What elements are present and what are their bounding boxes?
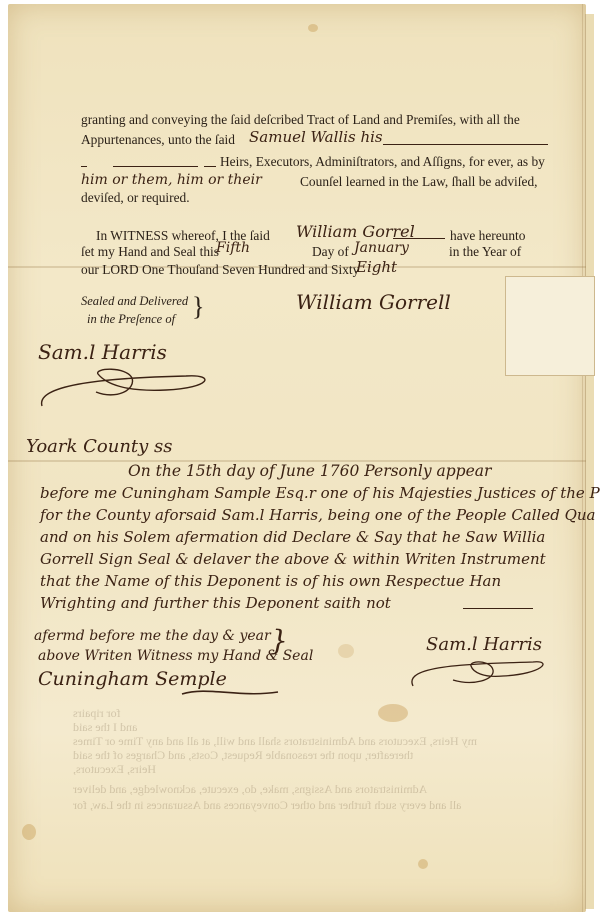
affirmation-line: and on his Solem afermation did Declare … (40, 528, 545, 546)
signature-flourish (403, 656, 553, 692)
brace-glyph: } (270, 626, 288, 656)
sealed-delivered-label: Sealed and Delivered (81, 294, 188, 309)
line-filler (463, 608, 533, 609)
deponent-signature: Sam.l Harris (426, 634, 542, 655)
stain (378, 704, 408, 722)
stain (338, 644, 354, 658)
year-handwritten: Eight (356, 258, 397, 276)
affirmation-line: before me Cuningham Sample Esq.r one of … (40, 484, 600, 502)
affirmation-line: Gorrell Sign Seal & delaver the above & … (40, 550, 546, 568)
bleed-through-text: for ripairs (73, 706, 121, 721)
bleed-through-text: my Heirs, Executors and Administrators s… (73, 734, 477, 749)
bleed-through-text: and I the said (73, 720, 137, 735)
blank-rule (204, 166, 216, 167)
stain (308, 24, 318, 32)
deed-text-line: Appurtenances, unto the ſaid (81, 132, 235, 148)
grantee-name-handwritten: Samuel Wallis his (249, 128, 383, 146)
affirmation-line: On the 15th day of June 1760 Personly ap… (128, 462, 491, 480)
blank-rule (383, 144, 548, 145)
day-handwritten: Fifth (216, 240, 250, 256)
lord-year-line: our LORD One Thouſand Seven Hundred and … (81, 262, 359, 278)
affirmation-line: for the County aforsaid Sam.l Harris, be… (40, 506, 596, 524)
signature-flourish (36, 366, 216, 411)
deed-text-line: Heirs, Executors, Adminiſtrators, and Aſ… (220, 154, 545, 170)
grantor-signature: William Gorrell (296, 290, 451, 314)
fold-line (582, 4, 583, 912)
blank-rule (393, 238, 445, 239)
deed-text-line: Counſel learned in the Law, ſhall be adv… (300, 174, 537, 190)
affirmation-heading: Yoark County ss (26, 436, 173, 457)
stain (418, 859, 428, 869)
heirs-handwritten: him or them, him or their (81, 172, 262, 188)
stain (22, 824, 36, 840)
blank-rule (81, 166, 87, 167)
seal-line: in the Year of (449, 244, 521, 260)
brace-glyph: } (192, 294, 204, 320)
affirmation-line: that the Name of this Deponent is of his… (40, 572, 501, 590)
bleed-through-text: Administrators and Assigns, make, do, ex… (73, 782, 427, 797)
page-edge (585, 14, 594, 909)
deed-text-line: deviſed, or required. (81, 190, 190, 206)
attestation-line: afermd before me the day & year (34, 628, 271, 644)
presence-label: in the Preſence of (87, 312, 175, 327)
blank-rule (113, 166, 198, 167)
signature-underline (178, 684, 288, 702)
bleed-through-text: thereafter, upon the reasonable Request,… (73, 748, 413, 763)
witness-line: have hereunto (450, 228, 525, 244)
month-handwritten: January (354, 240, 409, 256)
seal-line: Day of (312, 244, 349, 260)
deed-sheet: granting and conveying the ſaid deſcribe… (8, 4, 586, 912)
seal-line: ſet my Hand and Seal this (81, 244, 219, 260)
witness-signature: Sam.l Harris (38, 340, 167, 364)
deed-text-line: granting and conveying the ſaid deſcribe… (81, 112, 520, 128)
bleed-through-text: all and every such further and other Con… (73, 798, 461, 813)
blank-paper-patch (505, 276, 595, 376)
affirmation-line: Wrighting and further this Deponent sait… (40, 594, 391, 612)
bleed-through-text: Heirs, Executors, (73, 762, 156, 777)
